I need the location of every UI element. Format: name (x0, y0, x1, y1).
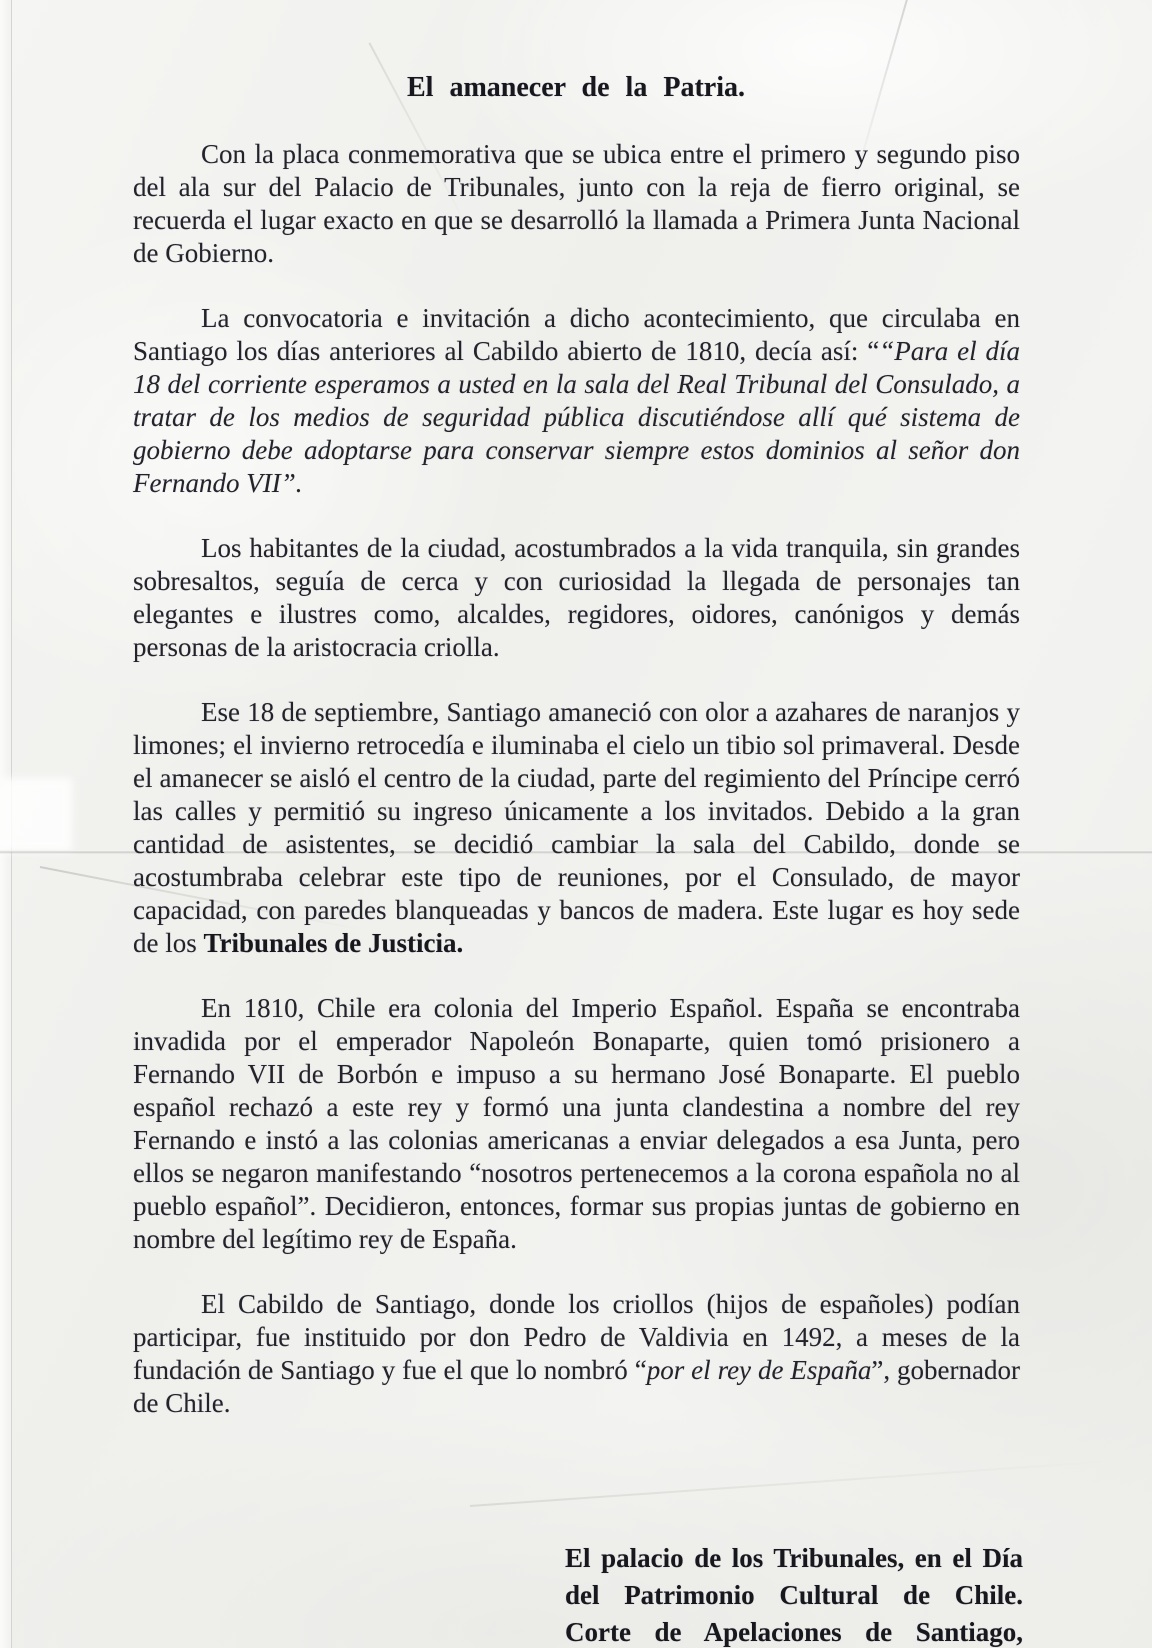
caption-line: del Patrimonio Cultural de Chile. (565, 1577, 1023, 1614)
document-title: El amanecer de la Patria. (0, 72, 1152, 104)
body-text: Con la placa conmemorativa que se ubica … (133, 139, 1020, 268)
body-text: Los habitantes de la ciudad, acostumbrad… (133, 533, 1020, 662)
paragraph: En 1810, Chile era colonia del Imperio E… (133, 992, 1020, 1256)
paragraph: Con la placa conmemorativa que se ubica … (133, 138, 1020, 270)
document-page: El amanecer de la Patria. Con la placa c… (0, 0, 1152, 1648)
paragraph: Los habitantes de la ciudad, acostumbrad… (133, 532, 1020, 664)
paragraphs: Con la placa conmemorativa que se ubica … (133, 138, 1020, 1452)
caption-line: Corte de Apelaciones de Santiago, (565, 1614, 1023, 1648)
bold-emphasis: Tribunales de Justicia. (204, 928, 464, 958)
body-text: Ese 18 de septiembre, Santiago amaneció … (133, 697, 1020, 958)
fold-highlight (0, 778, 72, 852)
paragraph: Ese 18 de septiembre, Santiago amaneció … (133, 696, 1020, 960)
crease-mark (470, 1460, 1119, 1507)
paragraph: El Cabildo de Santiago, donde los crioll… (133, 1288, 1020, 1420)
body-text: En 1810, Chile era colonia del Imperio E… (133, 993, 1020, 1254)
photo-caption: El palacio de los Tribunales, en el Díad… (565, 1540, 1023, 1648)
quote-italic: por el rey de España (647, 1355, 872, 1385)
caption-line: El palacio de los Tribunales, en el Día (565, 1540, 1023, 1577)
paragraph: La convocatoria e invitación a dicho aco… (133, 302, 1020, 500)
